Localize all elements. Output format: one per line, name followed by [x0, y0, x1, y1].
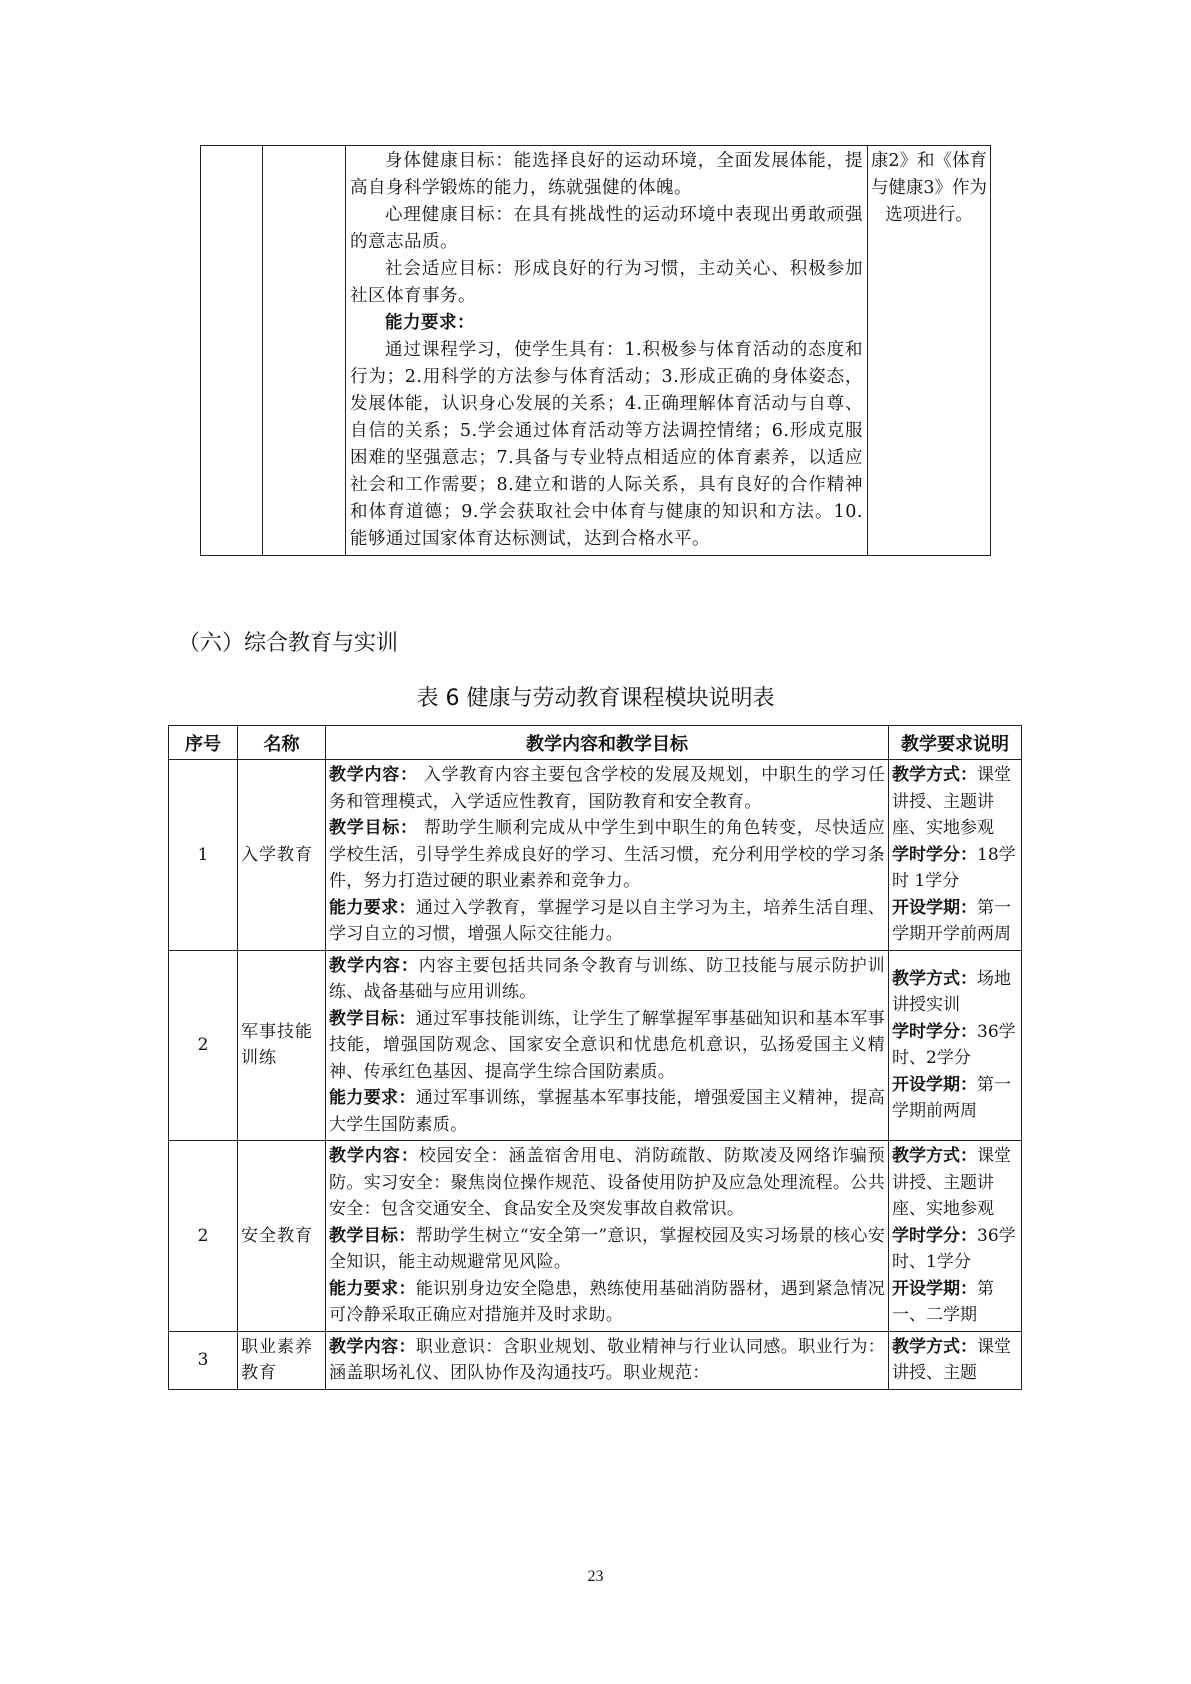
content-item: 教学目标：通过军事技能训练，让学生了解掌握军事基础知识和基本军事技能，增强国防观… [329, 1006, 885, 1086]
row-requirements: 教学方式：场地讲授实训 学时学分：36学时、2学分 开设学期：第一学期前两周 [889, 950, 1022, 1141]
continuation-table: 身体健康目标：能选择良好的运动环境，全面发展体能，提高自身科学锻炼的能力，练就强… [200, 145, 991, 556]
row-requirements: 教学方式：课堂讲授、主题讲座、实地参观 学时学分：36学时、1学分 开设学期：第… [889, 1141, 1022, 1332]
row-content: 教学内容：职业意识：含职业规划、敬业精神与行业认同感。职业行为：涵盖职场礼仪、团… [326, 1331, 889, 1389]
req-label: 开设学期： [892, 1279, 977, 1299]
content-label: 能力要求： [329, 898, 416, 918]
req-label: 教学方式： [892, 969, 977, 989]
content-label: 能力要求： [329, 1088, 416, 1108]
course-module-table: 序号 名称 教学内容和教学目标 教学要求说明 1 入学教育 教学内容： 入学教育… [168, 725, 1022, 1390]
req-item: 学时学分：36学时、2学分 [892, 1019, 1018, 1072]
req-label: 开设学期： [892, 898, 977, 918]
content-item: 能力要求：能识别身边安全隐患，熟练使用基础消防器材，遇到紧急情况可冷静采取正确应… [329, 1276, 885, 1329]
row-content: 教学内容：内容主要包括共同条令教育与训练、防卫技能与展示防护训练、战备基础与应用… [326, 950, 889, 1141]
row-name: 入学教育 [238, 760, 326, 951]
document-page: 身体健康目标：能选择良好的运动环境，全面发展体能，提高自身科学锻炼的能力，练就强… [0, 0, 1191, 1684]
content-item: 教学目标： 帮助学生顺利完成从中学生到中职生的角色转变，尽快适应学校生活，引导学… [329, 815, 885, 895]
table-title: 表 6 健康与劳动教育课程模块说明表 [0, 681, 1191, 712]
header-name: 名称 [238, 726, 326, 760]
content-label: 教学目标： [329, 1226, 416, 1246]
content-label: 教学内容： [329, 765, 418, 785]
index-cell [201, 146, 263, 556]
name-cell [263, 146, 346, 556]
requirement-cell: 康2》和《体育与健康3》作为选项进行。 [868, 146, 991, 556]
content-item: 教学内容： 入学教育内容主要包含学校的发展及规划，中职生的学习任务和管理模式，入… [329, 762, 885, 815]
content-paragraph: 通过课程学习，使学生具有：1.积极参与体育活动的态度和行为；2.用科学的方法参与… [350, 337, 863, 553]
row-name: 职业素养教育 [238, 1331, 326, 1389]
req-label: 开设学期： [892, 1075, 977, 1095]
req-item: 开设学期：第一学期前两周 [892, 1072, 1018, 1125]
row-name: 军事技能训练 [238, 950, 326, 1141]
page-number: 23 [0, 1568, 1191, 1586]
header-index: 序号 [169, 726, 238, 760]
req-label: 教学方式： [892, 1146, 977, 1166]
table-row: 2 安全教育 教学内容：校园安全：涵盖宿舍用电、消防疏散、防欺凌及网络诈骗预防。… [169, 1141, 1022, 1332]
content-paragraph: 身体健康目标：能选择良好的运动环境，全面发展体能，提高自身科学锻炼的能力，练就强… [350, 148, 863, 202]
content-label: 教学内容： [329, 956, 419, 976]
req-label: 学时学分： [892, 845, 977, 865]
content-label: 教学目标： [329, 1009, 416, 1029]
content-label: 教学内容： [329, 1146, 419, 1166]
req-label: 教学方式： [892, 1337, 977, 1357]
req-item: 教学方式：课堂讲授、主题讲座、实地参观 [892, 1143, 1018, 1223]
table-row: 1 入学教育 教学内容： 入学教育内容主要包含学校的发展及规划，中职生的学习任务… [169, 760, 1022, 951]
req-label: 教学方式： [892, 765, 977, 785]
req-item: 开设学期：第一、二学期 [892, 1276, 1018, 1329]
row-index: 3 [169, 1331, 238, 1389]
row-name: 安全教育 [238, 1141, 326, 1332]
header-content: 教学内容和教学目标 [326, 726, 889, 760]
row-requirements: 教学方式：课堂讲授、主题 [889, 1331, 1022, 1389]
row-index: 1 [169, 760, 238, 951]
content-item: 能力要求：通过军事训练，掌握基本军事技能，增强爱国主义精神，提高大学生国防素质。 [329, 1085, 885, 1138]
table-row: 2 军事技能训练 教学内容：内容主要包括共同条令教育与训练、防卫技能与展示防护训… [169, 950, 1022, 1141]
content-item: 教学内容：校园安全：涵盖宿舍用电、消防疏散、防欺凌及网络诈骗预防。实习安全：聚焦… [329, 1143, 885, 1223]
content-label: 教学目标： [329, 818, 418, 838]
row-content: 教学内容： 入学教育内容主要包含学校的发展及规划，中职生的学习任务和管理模式，入… [326, 760, 889, 951]
header-row: 序号 名称 教学内容和教学目标 教学要求说明 [169, 726, 1022, 760]
req-item: 教学方式：课堂讲授、主题讲座、实地参观 [892, 762, 1018, 842]
header-requirements: 教学要求说明 [889, 726, 1022, 760]
req-item: 学时学分：36学时、1学分 [892, 1223, 1018, 1276]
section-heading: （六）综合教育与实训 [178, 626, 398, 657]
req-item: 学时学分：18学时 1学分 [892, 842, 1018, 895]
content-item: 教学目标：帮助学生树立“安全第一”意识，掌握校园及实习场景的核心安全知识，能主动… [329, 1223, 885, 1276]
row-index: 2 [169, 950, 238, 1141]
table-row: 3 职业素养教育 教学内容：职业意识：含职业规划、敬业精神与行业认同感。职业行为… [169, 1331, 1022, 1389]
content-label: 教学内容： [329, 1337, 416, 1357]
content-item: 能力要求：通过入学教育，掌握学习是以自主学习为主，培养生活自理、学习自立的习惯，… [329, 895, 885, 948]
row-index: 2 [169, 1141, 238, 1332]
req-item: 开设学期：第一学期开学前两周 [892, 895, 1018, 948]
req-label: 学时学分： [892, 1226, 977, 1246]
row-requirements: 教学方式：课堂讲授、主题讲座、实地参观 学时学分：18学时 1学分 开设学期：第… [889, 760, 1022, 951]
table-row: 身体健康目标：能选择良好的运动环境，全面发展体能，提高自身科学锻炼的能力，练就强… [201, 146, 991, 556]
content-item: 教学内容：职业意识：含职业规划、敬业精神与行业认同感。职业行为：涵盖职场礼仪、团… [329, 1334, 885, 1387]
ability-heading: 能力要求： [350, 310, 863, 337]
req-label: 学时学分： [892, 1022, 977, 1042]
content-paragraph: 心理健康目标：在具有挑战性的运动环境中表现出勇敢顽强的意志品质。 [350, 202, 863, 256]
content-label: 能力要求： [329, 1279, 416, 1299]
row-content: 教学内容：校园安全：涵盖宿舍用电、消防疏散、防欺凌及网络诈骗预防。实习安全：聚焦… [326, 1141, 889, 1332]
content-cell: 身体健康目标：能选择良好的运动环境，全面发展体能，提高自身科学锻炼的能力，练就强… [346, 146, 868, 556]
req-item: 教学方式：场地讲授实训 [892, 966, 1018, 1019]
req-item: 教学方式：课堂讲授、主题 [892, 1334, 1018, 1387]
content-item: 教学内容：内容主要包括共同条令教育与训练、防卫技能与展示防护训练、战备基础与应用… [329, 953, 885, 1006]
content-paragraph: 社会适应目标：形成良好的行为习惯，主动关心、积极参加社区体育事务。 [350, 256, 863, 310]
